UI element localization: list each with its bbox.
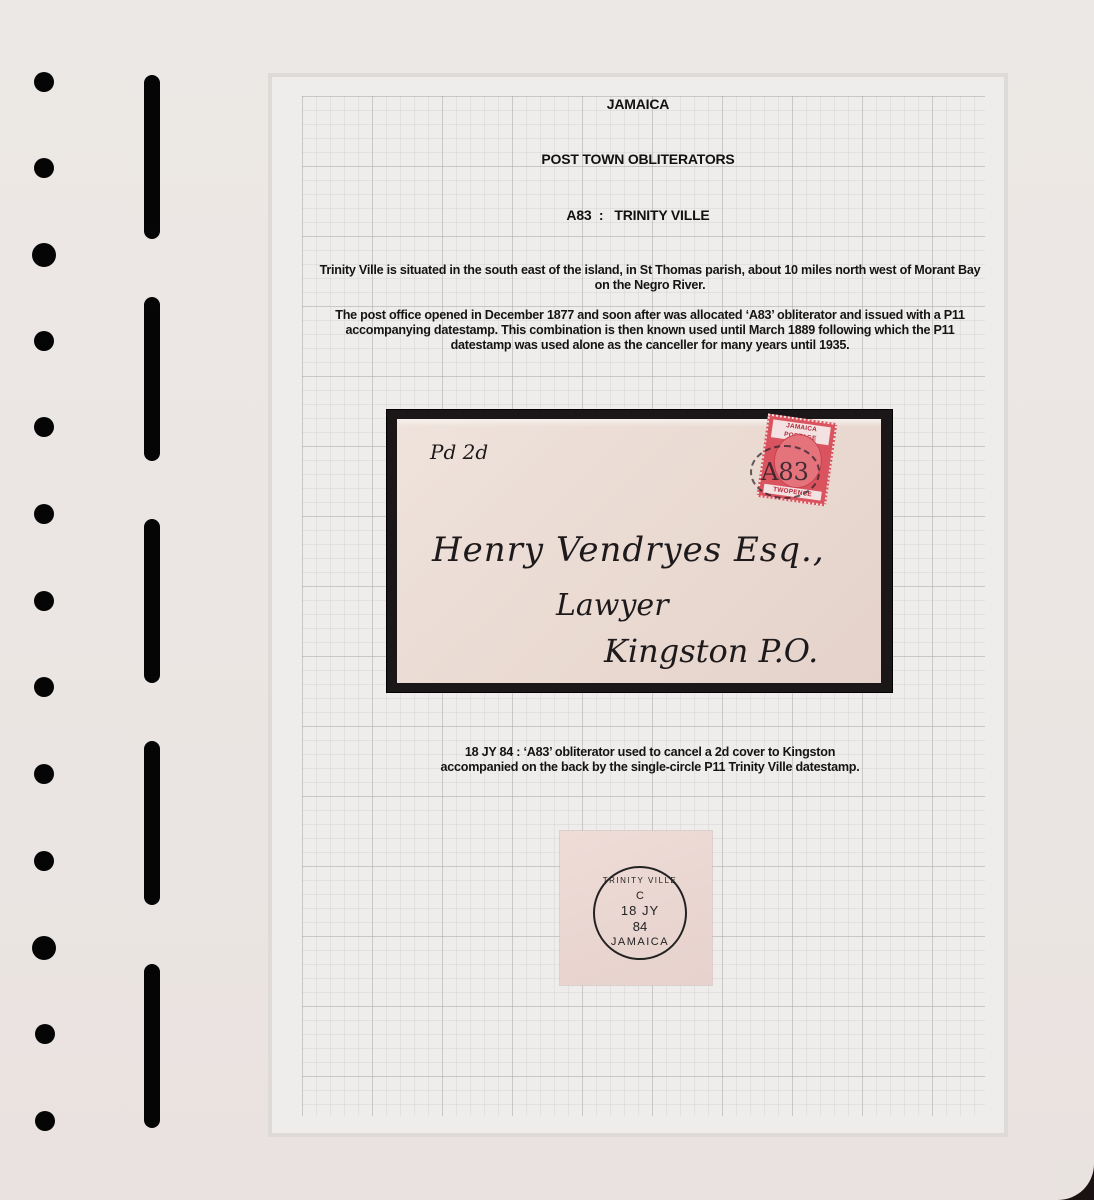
punch-hole	[34, 677, 54, 697]
punch-hole	[34, 417, 54, 437]
binder-slot	[144, 519, 160, 683]
intro-paragraph: Trinity Ville is situated in the south e…	[318, 263, 982, 293]
page-title: JAMAICA	[268, 96, 1008, 112]
punch-hole	[35, 1024, 55, 1044]
binder-slot	[144, 297, 160, 461]
binder-slot	[144, 964, 160, 1128]
punch-hole	[34, 158, 54, 178]
punch-hole	[32, 936, 56, 960]
cover-caption-line: accompanied on the back by the single-ci…	[318, 760, 982, 775]
datestamp-code: C	[595, 890, 685, 902]
punch-hole	[34, 331, 54, 351]
address-line: Henry Vendryes Esq.,	[432, 530, 825, 570]
manuscript-rate: Pd 2d	[430, 440, 488, 464]
address-line: Kingston P.O.	[604, 632, 818, 670]
binder-slot	[144, 75, 160, 239]
page-corner	[1054, 1160, 1094, 1200]
punch-hole	[34, 72, 54, 92]
section-heading: A83 : TRINITY VILLE	[268, 207, 1008, 223]
punch-hole	[34, 591, 54, 611]
p11-datestamp: TRINITY VILLE C 18 JY 84 JAMAICA	[593, 866, 687, 960]
punch-hole	[34, 504, 54, 524]
punch-hole	[34, 764, 54, 784]
punch-hole	[34, 851, 54, 871]
cover-caption-line: 18 JY 84 : ‘A83’ obliterator used to can…	[318, 745, 982, 760]
datestamp-year: 84	[595, 919, 685, 934]
datestamp-date: 18 JY	[595, 903, 685, 918]
binder-slot	[144, 741, 160, 905]
punch-hole	[35, 1111, 55, 1131]
intro-paragraph: The post office opened in December 1877 …	[318, 308, 982, 353]
datestamp-town: TRINITY VILLE	[595, 876, 685, 885]
punch-hole	[32, 243, 56, 267]
a83-obliterator-cancel: A83	[750, 445, 820, 499]
address-line: Lawyer	[556, 588, 669, 623]
datestamp-country: JAMAICA	[595, 936, 685, 948]
page-subtitle: POST TOWN OBLITERATORS	[268, 151, 1008, 167]
